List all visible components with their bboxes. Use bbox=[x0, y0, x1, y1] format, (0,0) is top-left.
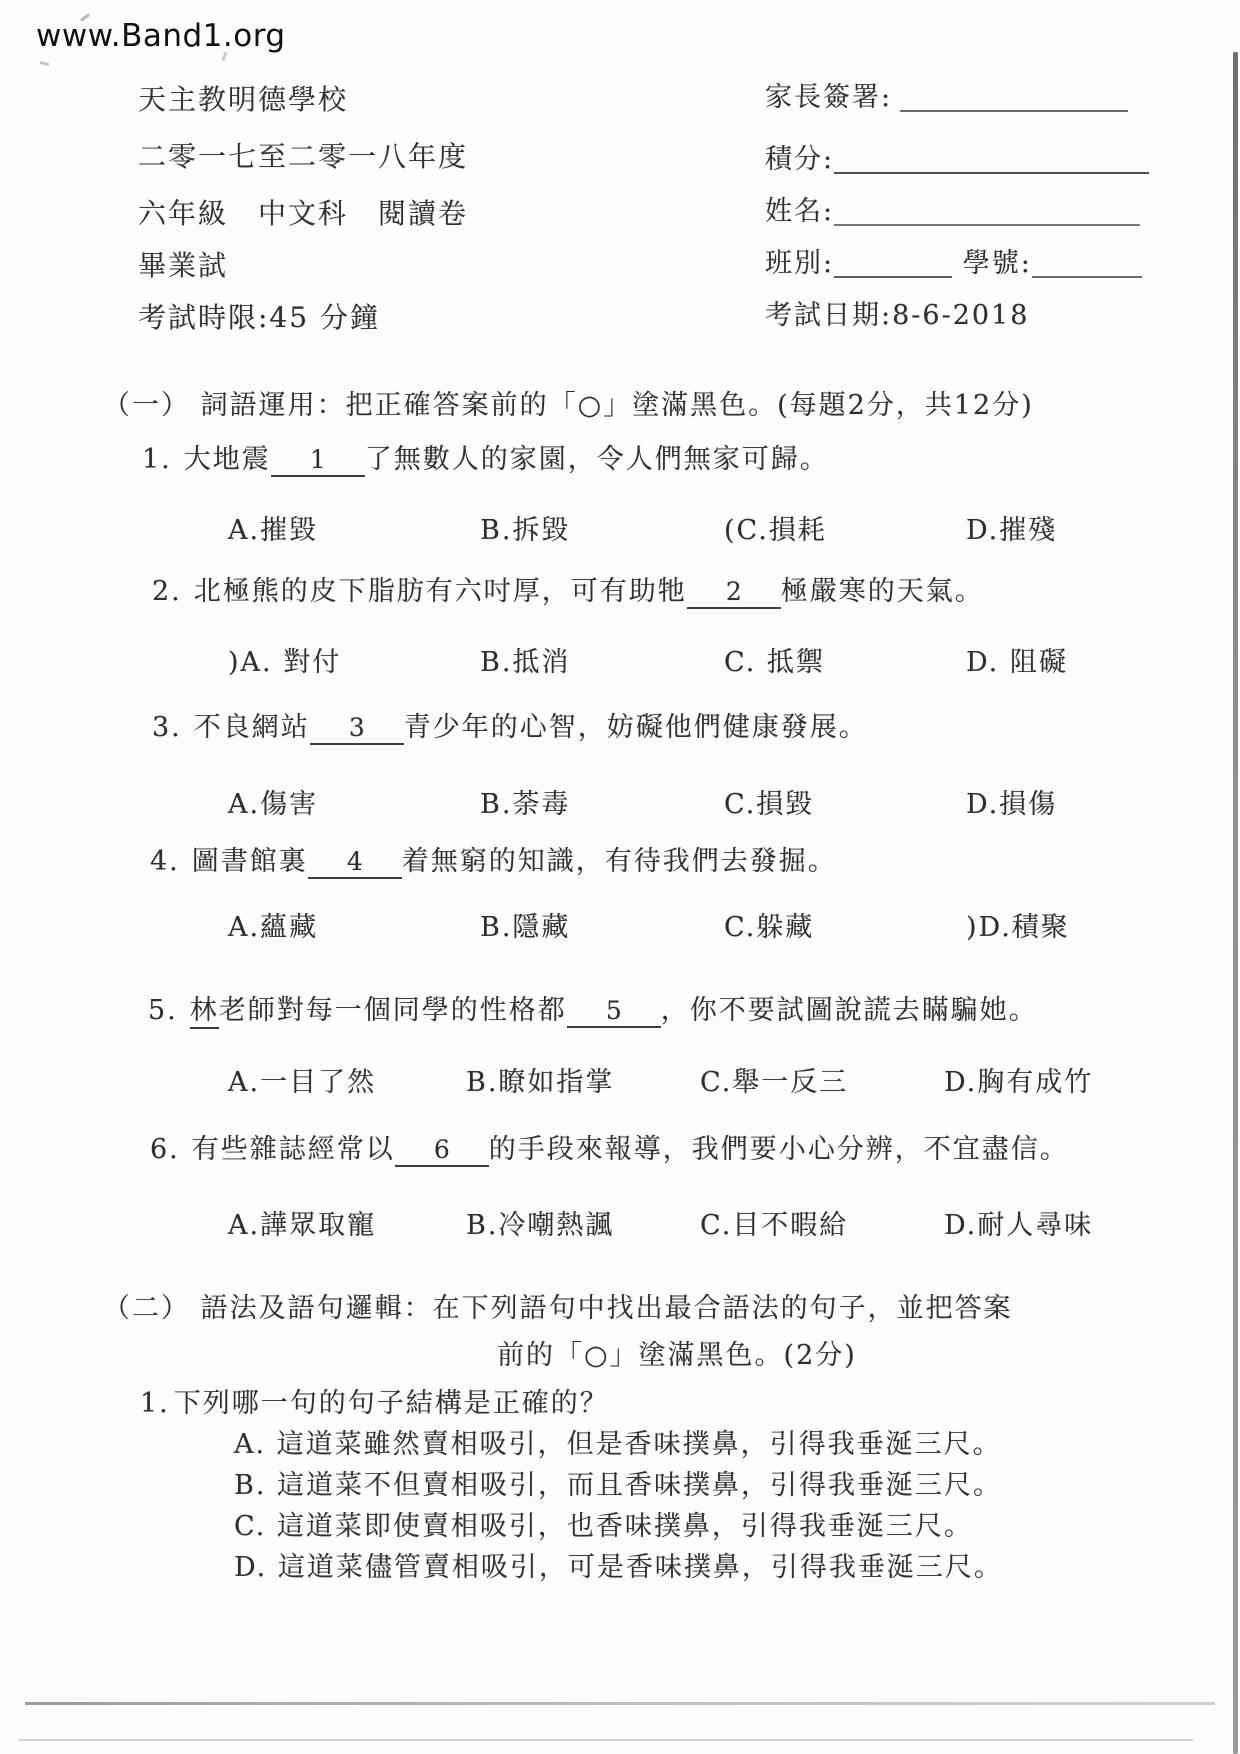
option-b: B.隱藏 bbox=[480, 905, 570, 944]
answer-blank: 4 bbox=[308, 849, 402, 879]
option-c: (C.損耗 bbox=[724, 508, 827, 547]
parent-signature-field: 家長簽署: bbox=[765, 80, 1128, 116]
option-c: C.目不暇給 bbox=[700, 1203, 848, 1242]
question-number: 1. bbox=[140, 1386, 170, 1422]
question-2: 2.北極熊的皮下脂肪有六吋厚，可有助牠2極嚴寒的天氣。 bbox=[152, 574, 984, 610]
parent-signature-blank bbox=[900, 106, 1128, 112]
question-3: 3.不良網站3青少年的心智，妨礙他們健康發展。 bbox=[152, 710, 868, 746]
options-row-5: A.一目了然 B.瞭如指掌 C.舉一反三 D.胸有成竹 bbox=[0, 1060, 1240, 1100]
option-d: D.損傷 bbox=[966, 782, 1057, 821]
question-4: 4.圖書館裏4着無窮的知識，有待我們去發掘。 bbox=[150, 844, 837, 880]
answer-blank: 3 bbox=[310, 715, 404, 745]
scan-bottom-line bbox=[18, 1739, 1193, 1741]
option-d: D. 這道菜儘管賣相吸引，可是香味撲鼻，引得我垂涎三尺。 bbox=[234, 1550, 1003, 1586]
option-b: B.抵消 bbox=[480, 640, 570, 679]
name-label: 姓名: bbox=[765, 196, 834, 227]
exam-date: 考試日期:8-6-2018 bbox=[765, 298, 1029, 334]
option-d: D. 阻礙 bbox=[966, 640, 1068, 679]
question-text: ，你不要試圖說謊去瞞騙她。 bbox=[661, 995, 1038, 1026]
options-row-1: A.摧毀 B.拆毀 (C.損耗 D.摧殘 bbox=[0, 508, 1240, 548]
option-a: A.一目了然 bbox=[228, 1060, 376, 1099]
school-name: 天主教明德學校 bbox=[138, 82, 348, 118]
name-blank bbox=[834, 220, 1140, 226]
scan-speck bbox=[40, 61, 49, 66]
question-text: 有些雜誌經常以 bbox=[192, 1134, 395, 1165]
time-limit: 考試時限:45 分鐘 bbox=[138, 300, 380, 336]
answer-blank: 5 bbox=[567, 998, 661, 1028]
section2-heading-line2: 前的「○」塗滿黑色。(2分) bbox=[497, 1338, 857, 1374]
class-student-field: 班別: 學號: bbox=[765, 246, 1142, 282]
question-number: 1. bbox=[142, 442, 172, 478]
question-number: 5. bbox=[148, 993, 178, 1029]
option-b: B.冷嘲熱諷 bbox=[466, 1203, 614, 1242]
option-d: D.胸有成竹 bbox=[944, 1060, 1093, 1099]
answer-blank: 1 bbox=[271, 447, 365, 477]
option-a: A.傷害 bbox=[228, 782, 318, 821]
options-row-4: A.蘊藏 B.隱藏 C.躲藏 )D.積聚 bbox=[0, 905, 1240, 945]
parent-signature-label: 家長簽署: bbox=[765, 82, 892, 113]
section2-question-1: 1.下列哪一句的句子結構是正確的？ bbox=[140, 1386, 609, 1422]
option-b: B.拆毀 bbox=[480, 508, 570, 547]
scan-edge-border bbox=[1233, 52, 1238, 1754]
question-text: 下列哪一句的句子結構是正確的？ bbox=[174, 1388, 609, 1419]
class-label: 班別: bbox=[765, 248, 834, 279]
site-watermark: www.Band1.org bbox=[36, 18, 286, 54]
score-blank bbox=[834, 168, 1149, 174]
question-number: 6. bbox=[150, 1132, 180, 1168]
question-text: 老師對每一個同學的性格都 bbox=[219, 995, 567, 1026]
option-a: A.譁眾取寵 bbox=[228, 1203, 376, 1242]
question-6: 6.有些雜誌經常以6的手段來報導，我們要小心分辨，不宜盡信。 bbox=[150, 1132, 1069, 1168]
question-text: 青少年的心智，妨礙他們健康發展。 bbox=[404, 712, 868, 743]
answer-blank: 6 bbox=[395, 1137, 489, 1167]
question-text: 了無數人的家園，令人們無家可歸。 bbox=[365, 444, 829, 475]
options-row-2: )A. 對付 B.抵消 C. 抵禦 D. 阻礙 bbox=[0, 640, 1240, 680]
question-text: 不良網站 bbox=[194, 712, 310, 743]
exam-type: 畢業試 bbox=[138, 248, 228, 284]
option-b: B.瞭如指掌 bbox=[466, 1060, 614, 1099]
question-text: 北極熊的皮下脂肪有六吋厚，可有助牠 bbox=[194, 576, 687, 607]
section1-heading: （一） 詞語運用：把正確答案前的「○」塗滿黑色。(每題2分，共12分) bbox=[103, 388, 1034, 424]
grade-subject: 六年級 中文科 閱讀卷 bbox=[138, 196, 468, 232]
student-no-label: 學號: bbox=[963, 248, 1032, 279]
student-no-blank bbox=[1032, 272, 1142, 278]
question-text: 的手段來報導，我們要小心分辨，不宜盡信。 bbox=[489, 1134, 1069, 1165]
question-text: 着無窮的知識，有待我們去發掘。 bbox=[402, 846, 837, 877]
score-field: 積分: bbox=[765, 142, 1149, 178]
scan-bottom-line bbox=[25, 1702, 1215, 1705]
question-text: 大地震 bbox=[184, 444, 271, 475]
option-a: A.摧毀 bbox=[228, 508, 318, 547]
proper-noun-underlined: 林 bbox=[190, 995, 219, 1029]
question-number: 2. bbox=[152, 574, 182, 610]
school-year: 二零一七至二零一八年度 bbox=[138, 139, 468, 175]
class-blank bbox=[834, 272, 952, 278]
option-d: D.耐人尋味 bbox=[944, 1203, 1093, 1242]
question-number: 3. bbox=[152, 710, 182, 746]
question-text: 圖書館裏 bbox=[192, 846, 308, 877]
option-c: C. 抵禦 bbox=[724, 640, 825, 679]
option-a: A.蘊藏 bbox=[228, 905, 318, 944]
option-a: A. 這道菜雖然賣相吸引，但是香味撲鼻，引得我垂涎三尺。 bbox=[234, 1427, 1002, 1463]
option-b: B. 這道菜不但賣相吸引，而且香味撲鼻，引得我垂涎三尺。 bbox=[234, 1468, 1002, 1504]
options-row-3: A.傷害 B.荼毒 C.損毀 D.損傷 bbox=[0, 782, 1240, 822]
score-label: 積分: bbox=[765, 144, 834, 175]
option-c: C.舉一反三 bbox=[700, 1060, 848, 1099]
section2-heading-line1: （二） 語法及語句邏輯：在下列語句中找出最合語法的句子，並把答案 bbox=[103, 1291, 1013, 1327]
name-field: 姓名: bbox=[765, 194, 1140, 230]
question-1: 1.大地震1了無數人的家園，令人們無家可歸。 bbox=[142, 442, 829, 478]
option-c: C.躲藏 bbox=[724, 905, 814, 944]
options-row-6: A.譁眾取寵 B.冷嘲熱諷 C.目不暇給 D.耐人尋味 bbox=[0, 1203, 1240, 1243]
question-5: 5.林老師對每一個同學的性格都5，你不要試圖說謊去瞞騙她。 bbox=[148, 993, 1038, 1029]
answer-blank: 2 bbox=[687, 579, 781, 609]
option-c: C. 這道菜即使賣相吸引，也香味撲鼻，引得我垂涎三尺。 bbox=[234, 1509, 973, 1545]
question-number: 4. bbox=[150, 844, 180, 880]
scanned-exam-page: www.Band1.org 天主教明德學校 二零一七至二零一八年度 六年級 中文… bbox=[0, 0, 1240, 1754]
option-c: C.損毀 bbox=[724, 782, 814, 821]
option-d: D.摧殘 bbox=[966, 508, 1057, 547]
question-text: 極嚴寒的天氣。 bbox=[781, 576, 984, 607]
option-a: )A. 對付 bbox=[228, 640, 341, 679]
option-b: B.荼毒 bbox=[480, 782, 570, 821]
option-d: )D.積聚 bbox=[966, 905, 1070, 944]
